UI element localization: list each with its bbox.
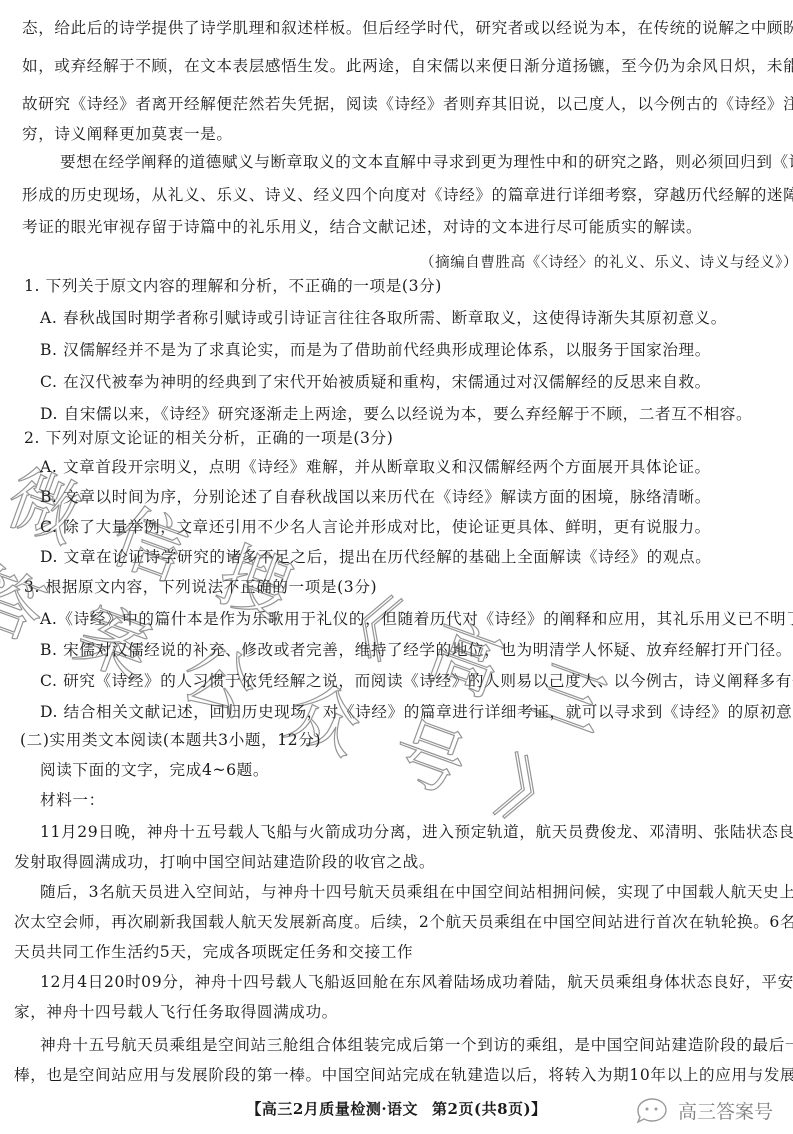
question-1-option-a: A. 春秋战国时期学者称引赋诗或引诗证言往往各取所需、断章取义，这使得诗渐失其原…: [40, 308, 727, 328]
material-line: 随后，3名航天员进入空间站，与神舟十四号航天员乘组在中国空间站相拥问候，实现了中…: [40, 882, 793, 902]
question-3-option-d: D. 结合相关文献记述，回归历史现场，对《诗经》的篇章进行详细考证，就可以寻求到…: [40, 702, 793, 722]
wechat-bubble-icon: [632, 1096, 672, 1124]
passage-attribution: （摘编自曹胜高《〈诗经〉的礼义、乐义、诗义与经义》）: [420, 253, 793, 273]
question-3-option-c: C. 研究《诗经》的人习惯于依凭经解之说，而阅读《诗经》的人则易以己度人、以今例…: [40, 671, 793, 691]
passage-line: 考证的眼光审视存留于诗篇中的礼乐用义，结合文献记述，对诗的文本进行尽可能质实的解…: [22, 217, 702, 237]
section-2-instruction: 阅读下面的文字，完成4~6题。: [40, 760, 269, 780]
footer-exam-title: 【高三2月质量检测·语文: [246, 1100, 418, 1118]
passage-line: 如，或弃经解于不顾，在文本表层感悟生发。此两途，自宋儒以来便日渐分道扬镳，至今仍…: [22, 56, 793, 76]
material-line: 神舟十五号航天员乘组是空间站三舱组合体组装完成后第一个到访的乘组，是中国空间站建…: [40, 1035, 793, 1055]
question-1-option-d: D. 自宋儒以来，《诗经》研究逐渐走上两途，要么以经说为本，要么弃经解于不顾，二…: [40, 404, 752, 424]
question-3-option-a: A.《诗经》中的篇什本是作为乐歌用于礼仪的，但随着历代对《诗经》的阐释和应用，其…: [40, 609, 793, 629]
question-1-option-b: B. 汉儒解经并不是为了求真论实，而是为了借助前代经典形成理论体系，以服务于国家…: [40, 340, 711, 360]
section-2-heading: (二)实用类文本阅读(本题共3小题，12分): [20, 730, 321, 750]
material-line: 天员共同工作生活约5天，完成各项既定任务和交接工作: [14, 942, 413, 962]
passage-line: 要想在经学阐释的道德赋义与断章取义的文本直解中寻求到更为理性中和的研究之路，则必…: [60, 152, 793, 172]
footer-page-number: 第2页(共8页)】: [432, 1100, 547, 1118]
material-line: 11月29日晚，神舟十五号载人飞船与火箭成功分离，进入预定轨道，航天员费俊龙、邓…: [40, 822, 793, 842]
question-2-option-c: C. 除了大量举例，文章还引用不少名人言论并形成对比，使论证更具体、鲜明，更有说…: [40, 517, 711, 537]
question-1-stem: 1. 下列关于原文内容的理解和分析，不正确的一项是(3分): [24, 276, 442, 296]
question-2-option-b: B. 文章以时间为序，分别论述了自春秋战国以来历代在《诗经》解读方面的困境，脉络…: [40, 487, 711, 507]
question-2-option-d: D. 文章在论证诗学研究的诸多不足之后，提出在历代经解的基础上全面解读《诗经》的…: [40, 547, 711, 567]
material-line: 发射取得圆满成功，打响中国空间站建造阶段的收官之战。: [14, 852, 435, 872]
passage-line: 形成的历史现场，从礼义、乐义、诗义、经义四个向度对《诗经》的篇章进行详细考察，穿…: [22, 185, 793, 205]
question-2-option-a: A. 文章首段开宗明义，点明《诗经》难解，并从断章取义和汉儒解经两个方面展开具体…: [40, 457, 711, 477]
passage-line: 故研究《诗经》者离开经解便茫然若失凭据，阅读《诗经》者则弃其旧说，以己度人，以今…: [22, 94, 793, 114]
question-3-stem: 3. 根据原文内容，下列说法不正确的一项是(3分): [24, 577, 377, 597]
material-line: 家，神舟十四号载人飞行任务取得圆满成功。: [14, 1002, 338, 1022]
passage-line: 穷，诗义阐释更加莫衷一是。: [22, 124, 233, 144]
question-2-stem: 2. 下列对原文论证的相关分析，正确的一项是(3分): [24, 428, 393, 448]
question-1-option-c: C. 在汉代被奉为神明的经典到了宋代开始被质疑和重构，宋儒通过对汉儒解经的反思来…: [40, 372, 711, 392]
passage-line: 态，给此后的诗学提供了诗学肌理和叙述样板。但后经学时代，研究者或以经说为本，在传…: [22, 18, 793, 38]
page-footer: 【高三2月质量检测·语文第2页(共8页)】: [0, 1098, 793, 1119]
exam-page: 态，给此后的诗学提供了诗学肌理和叙述样板。但后经学时代，研究者或以经说为本，在传…: [0, 0, 793, 1134]
brand-watermark: 高三答案号: [678, 1097, 773, 1124]
material-line: 12月4日20时09分，神舟十四号载人飞船返回舱在东风着陆场成功着陆，航天员乘组…: [40, 972, 793, 992]
material-1-label: 材料一：: [40, 790, 105, 810]
material-line: 棒，也是空间站应用与发展阶段的第一棒。中国空间站完成在轨建造以后，将转入为期10…: [14, 1065, 793, 1085]
question-3-option-b: B. 宋儒对汉儒经说的补充、修改或者完善，维持了经学的地位，也为明清学人怀疑、放…: [40, 640, 792, 660]
material-line: 次太空会师，再次刷新我国载人航天发展新高度。后续，2个航天员乘组在中国空间站进行…: [14, 912, 793, 932]
